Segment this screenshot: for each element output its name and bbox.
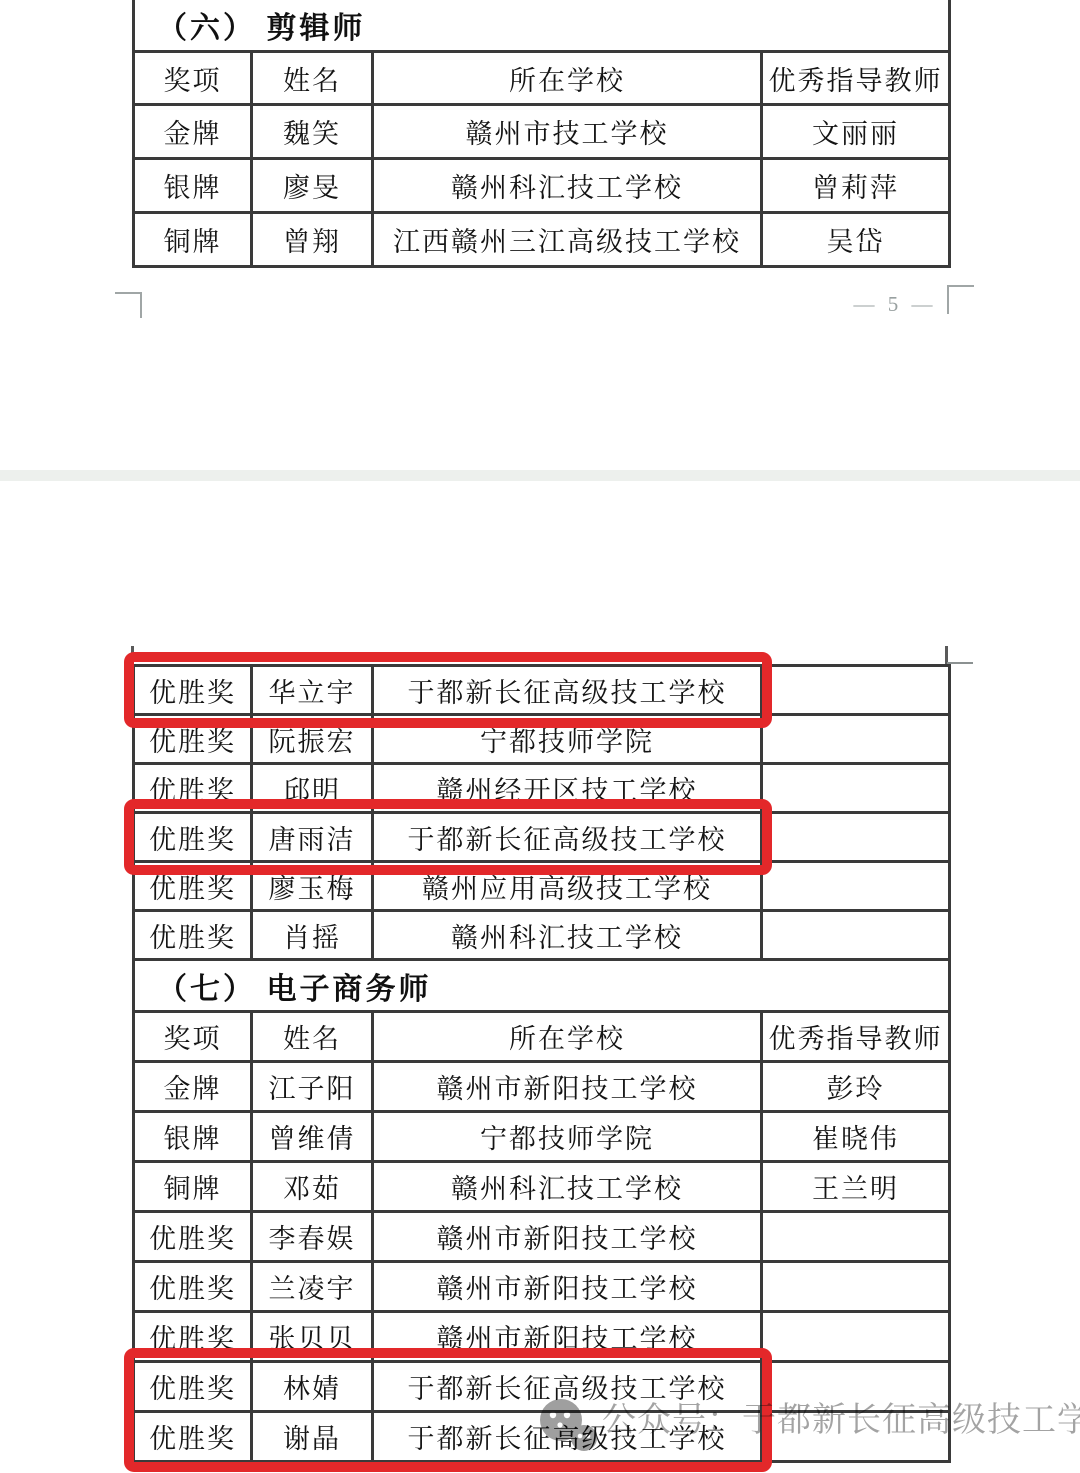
- table-header-row: 奖项姓名所在学校优秀指导教师: [134, 1012, 950, 1062]
- school-cell: 赣州科汇技工学校: [373, 159, 762, 213]
- table-row: 铜牌邓茹赣州科汇技工学校王兰明: [134, 1162, 950, 1212]
- name-cell: 肖摇: [252, 911, 373, 960]
- teacher-cell: [762, 1362, 950, 1412]
- page-margin-corner-mark: [947, 285, 974, 314]
- school-cell: 赣州市新阳技工学校: [373, 1212, 762, 1262]
- col-school: 所在学校: [373, 52, 762, 105]
- teacher-cell: [762, 715, 950, 764]
- table-row: 优胜奖李春娱赣州市新阳技工学校: [134, 1212, 950, 1262]
- section-title-ecommerce: （七） 电子商务师: [134, 960, 950, 1012]
- col-name: 姓名: [252, 52, 373, 105]
- name-cell: 魏笑: [252, 105, 373, 159]
- table-row: 金牌魏笑赣州市技工学校文丽丽: [134, 105, 950, 159]
- section-title: （六） 剪辑师: [134, 0, 950, 52]
- section-title: （七） 电子商务师: [134, 960, 950, 1012]
- award-cell: 铜牌: [134, 1162, 252, 1212]
- scanned-document: （六） 剪辑师奖项姓名所在学校优秀指导教师金牌魏笑赣州市技工学校文丽丽银牌廖旻赣…: [0, 0, 1080, 1473]
- col-award: 奖项: [134, 52, 252, 105]
- award-cell: 优胜奖: [134, 1262, 252, 1312]
- teacher-cell: [762, 1412, 950, 1462]
- page-divider: [0, 470, 1080, 481]
- name-cell: 曾维倩: [252, 1112, 373, 1162]
- teacher-cell: 王兰明: [762, 1162, 950, 1212]
- highlight-box-linjing-xiejing: [124, 1348, 772, 1472]
- award-cell: 银牌: [134, 1112, 252, 1162]
- table-header-row: 奖项姓名所在学校优秀指导教师: [134, 52, 950, 105]
- col-name: 姓名: [252, 1012, 373, 1062]
- teacher-cell: 彭玲: [762, 1062, 950, 1112]
- name-cell: 江子阳: [252, 1062, 373, 1112]
- award-cell: 优胜奖: [134, 1212, 252, 1262]
- award-cell: 优胜奖: [134, 911, 252, 960]
- teacher-cell: [762, 862, 950, 911]
- teacher-cell: [762, 1262, 950, 1312]
- teacher-cell: [762, 666, 950, 715]
- col-school: 所在学校: [373, 1012, 762, 1062]
- col-teacher: 优秀指导教师: [762, 1012, 950, 1062]
- teacher-cell: [762, 813, 950, 862]
- col-teacher: 优秀指导教师: [762, 52, 950, 105]
- table-row: 金牌江子阳赣州市新阳技工学校彭玲: [134, 1062, 950, 1112]
- name-cell: 兰凌宇: [252, 1262, 373, 1312]
- name-cell: 曾翔: [252, 213, 373, 267]
- col-award: 奖项: [134, 1012, 252, 1062]
- table-row: 银牌曾维倩宁都技师学院崔晓伟: [134, 1112, 950, 1162]
- school-cell: 赣州市技工学校: [373, 105, 762, 159]
- highlight-box-tangyujie: [124, 799, 772, 875]
- teacher-cell: [762, 911, 950, 960]
- award-cell: 铜牌: [134, 213, 252, 267]
- page-margin-corner-mark: [115, 292, 142, 318]
- section-title-editors: （六） 剪辑师: [134, 0, 950, 52]
- teacher-cell: [762, 1312, 950, 1362]
- award-cell: 金牌: [134, 1062, 252, 1112]
- name-cell: 廖旻: [252, 159, 373, 213]
- school-cell: 赣州市新阳技工学校: [373, 1062, 762, 1112]
- highlight-box-hualiyu: [124, 652, 772, 728]
- school-cell: 赣州科汇技工学校: [373, 1162, 762, 1212]
- school-cell: 赣州科汇技工学校: [373, 911, 762, 960]
- teacher-cell: 崔晓伟: [762, 1112, 950, 1162]
- table-row: 优胜奖兰凌宇赣州市新阳技工学校: [134, 1262, 950, 1312]
- teacher-cell: [762, 1212, 950, 1262]
- school-cell: 宁都技师学院: [373, 1112, 762, 1162]
- teacher-cell: 文丽丽: [762, 105, 950, 159]
- table-row: 银牌廖旻赣州科汇技工学校曾莉萍: [134, 159, 950, 213]
- name-cell: 邓茹: [252, 1162, 373, 1212]
- name-cell: 李春娱: [252, 1212, 373, 1262]
- table-row: 铜牌曾翔江西赣州三江高级技工学校吴岱: [134, 213, 950, 267]
- table-editors-awards: （六） 剪辑师奖项姓名所在学校优秀指导教师金牌魏笑赣州市技工学校文丽丽银牌廖旻赣…: [132, 0, 951, 268]
- teacher-cell: 曾莉萍: [762, 159, 950, 213]
- table-ecommerce-awards: 优胜奖华立宇于都新长征高级技工学校优胜奖阮振宏宁都技师学院优胜奖邱明赣州经开区技…: [132, 664, 951, 1463]
- school-cell: 赣州市新阳技工学校: [373, 1262, 762, 1312]
- table-row-continued: 优胜奖肖摇赣州科汇技工学校: [134, 911, 950, 960]
- award-cell: 银牌: [134, 159, 252, 213]
- school-cell: 江西赣州三江高级技工学校: [373, 213, 762, 267]
- page-number: — 5 —: [840, 292, 950, 317]
- teacher-cell: [762, 764, 950, 813]
- teacher-cell: 吴岱: [762, 213, 950, 267]
- award-cell: 金牌: [134, 105, 252, 159]
